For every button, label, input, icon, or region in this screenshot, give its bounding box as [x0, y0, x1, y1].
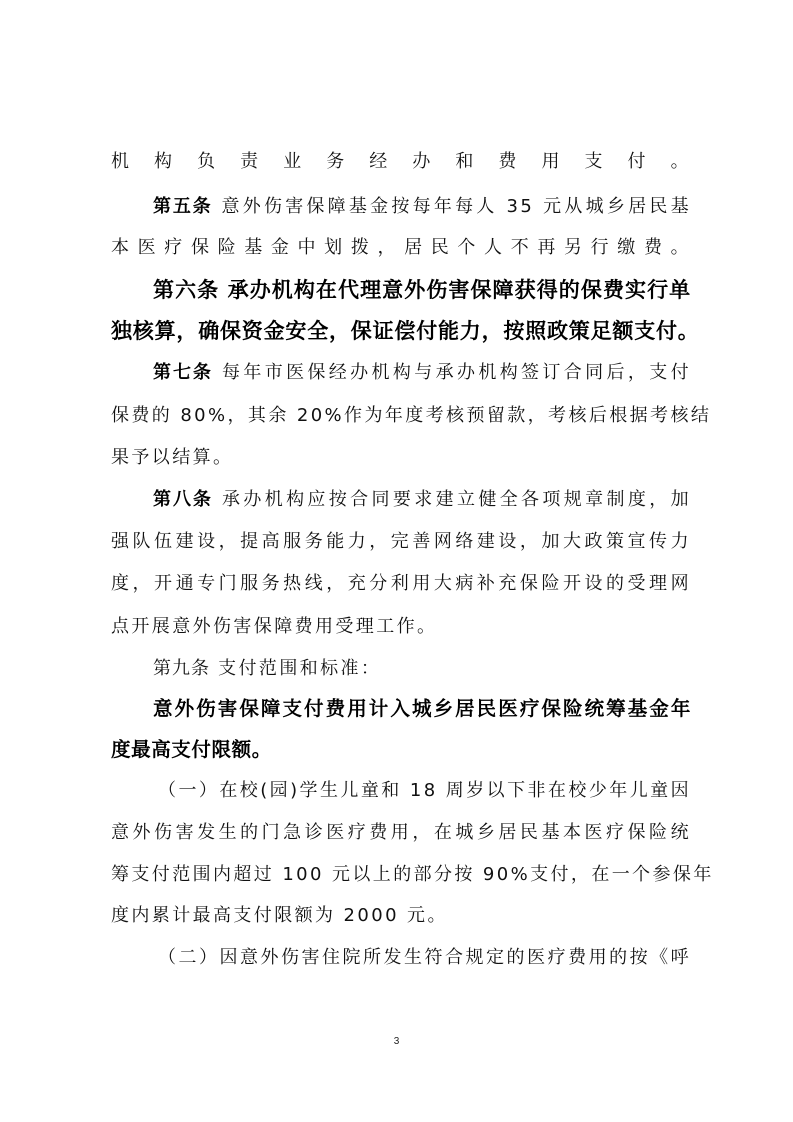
- paragraph-line: 独核算，确保资金安全，保证偿付能力，按照政策足额支付。: [111, 316, 691, 346]
- line-text: 度最高支付限额。: [111, 738, 272, 761]
- page-number: 3: [0, 1036, 793, 1047]
- article-number: 第八条: [153, 489, 213, 510]
- line-text: 承办机构应按合同要求建立健全各项规章制度，加: [222, 489, 691, 510]
- line-text: 强队伍建设，提高服务能力，完善网络建设，加大政策宣传力: [111, 531, 691, 552]
- article-number: 第九条: [153, 658, 210, 679]
- paragraph-line: 机构负责业务经办和费用支付。: [111, 147, 691, 177]
- article-9-line: 第九条 支付范围和标准：: [153, 654, 691, 684]
- paragraph-line: 果予以结算。: [111, 443, 691, 473]
- paragraph-line: 本医疗保险基金中划拨，居民个人不再另行缴费。: [111, 233, 691, 263]
- line-text: 机构负责业务经办和费用支付。: [111, 151, 691, 172]
- line-text: 意外伤害保障支付费用计入城乡居民医疗保险统筹基金年: [153, 697, 691, 720]
- line-text: 保费的 80%，其余 20%作为年度考核预留款，考核后根据考核结: [111, 405, 711, 426]
- article-5-line: 第五条 意外伤害保障基金按每年每人 35 元从城乡居民基: [153, 192, 691, 222]
- clause-1-line: （一）在校(园)学生儿童和 18 周岁以下非在校少年儿童因: [158, 776, 691, 806]
- paragraph-line: 意外伤害发生的门急诊医疗费用，在城乡居民基本医疗保险统: [111, 818, 691, 848]
- article-number: 第五条: [153, 196, 213, 217]
- paragraph-line: 保费的 80%，其余 20%作为年度考核预留款，考核后根据考核结: [111, 401, 691, 431]
- paragraph-line: 度，开通专门服务热线，充分利用大病补充保险开设的受理网: [111, 569, 691, 599]
- emphasis-line: 意外伤害保障支付费用计入城乡居民医疗保险统筹基金年: [153, 694, 691, 724]
- article-8-line: 第八条 承办机构应按合同要求建立健全各项规章制度，加: [153, 485, 691, 515]
- line-text: 独核算，确保资金安全，保证偿付能力，按照政策足额支付。: [111, 319, 700, 343]
- line-text: （二）因意外伤害住院所发生符合规定的医疗费用的按《呼: [158, 947, 691, 968]
- clause-2-line: （二）因意外伤害住院所发生符合规定的医疗费用的按《呼: [158, 943, 691, 973]
- line-text: 承办机构在代理意外伤害保障获得的保费实行单: [228, 278, 691, 302]
- emphasis-line: 度最高支付限额。: [111, 735, 691, 765]
- line-text: 筹支付范围内超过 100 元以上的部分按 90%支付，在一个参保年: [111, 864, 714, 885]
- article-number: 第七条: [153, 362, 213, 383]
- article-number: 第六条: [153, 278, 219, 302]
- document-page: 机构负责业务经办和费用支付。 第五条 意外伤害保障基金按每年每人 35 元从城乡…: [0, 0, 793, 1122]
- line-text: 本医疗保险基金中划拨，居民个人不再另行缴费。: [111, 237, 691, 258]
- line-text: 度，开通专门服务热线，充分利用大病补充保险开设的受理网: [111, 573, 691, 594]
- line-text: 意外伤害发生的门急诊医疗费用，在城乡居民基本医疗保险统: [111, 822, 691, 843]
- line-text: 支付范围和标准：: [218, 658, 381, 679]
- line-text: 度内累计最高支付限额为 2000 元。: [111, 905, 448, 926]
- line-text: 点开展意外伤害保障费用受理工作。: [111, 616, 437, 637]
- paragraph-line: 度内累计最高支付限额为 2000 元。: [111, 901, 691, 931]
- paragraph-line: 点开展意外伤害保障费用受理工作。: [111, 612, 691, 642]
- article-6-line: 第六条 承办机构在代理意外伤害保障获得的保费实行单: [153, 275, 691, 305]
- paragraph-line: 筹支付范围内超过 100 元以上的部分按 90%支付，在一个参保年: [111, 860, 691, 890]
- line-text: 意外伤害保障基金按每年每人 35 元从城乡居民基: [221, 196, 691, 217]
- line-text: （一）在校(园)学生儿童和 18 周岁以下非在校少年儿童因: [158, 780, 691, 801]
- line-text: 果予以结算。: [111, 447, 233, 468]
- line-text: 每年市医保经办机构与承办机构签订合同后，支付: [222, 362, 691, 383]
- article-7-line: 第七条 每年市医保经办机构与承办机构签订合同后，支付: [153, 358, 691, 388]
- paragraph-line: 强队伍建设，提高服务能力，完善网络建设，加大政策宣传力: [111, 527, 691, 557]
